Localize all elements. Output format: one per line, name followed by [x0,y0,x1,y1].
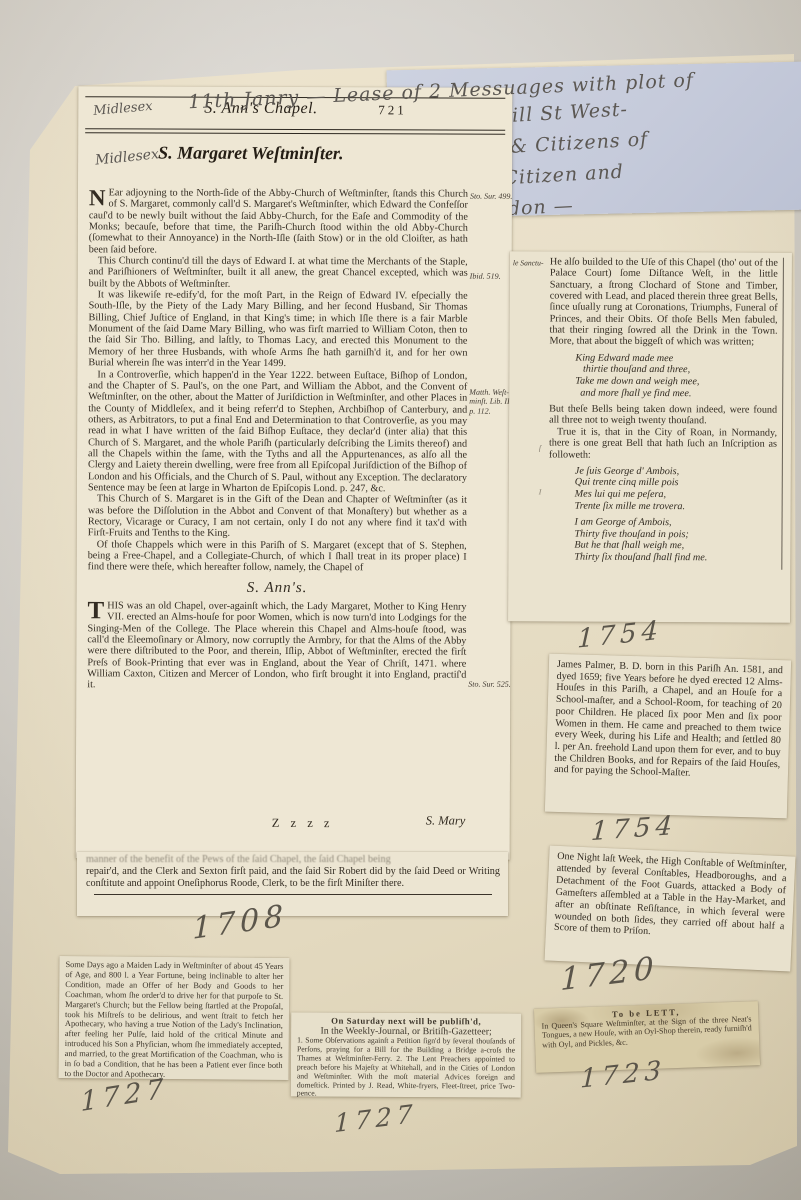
main-page-clipping: Midlesex S. Ann's Chapel. 721 Midlesex S… [76,86,513,860]
gamesters-clipping: One Night laſt Week, the High Conſtable … [545,845,796,971]
county-annotation: Midlesex [93,99,153,119]
paragraph-5: This Church of S. Margaret is in the Gif… [88,494,467,541]
margin-fragment-2: ſ [539,443,541,452]
main-text-column: NEar adjoyning to the North-ſide of the … [87,187,468,692]
maiden-lady-clipping: Some Days ago a Maiden Lady in Weſtminſt… [58,956,289,1080]
pews-partial-line: manner of the benefit of the Pews of the… [86,854,500,866]
dropcap-t: T [87,600,107,620]
signature-mark: Z z z z [272,816,334,831]
margin-note-4: Sto. Sur. 525. [468,680,514,689]
paragraph-6: Of thoſe Chappels which were in this Par… [88,539,467,574]
bells-clipping: le Sanctu- ſ I He alſo builded to the Uſ… [508,251,792,622]
journal-clipping: On Saturday next will be publiſh'd, In t… [291,1012,521,1097]
bell-verse-english: I am George of Ambois, Thirty five thouſ… [574,517,776,564]
header-rule-bottom-thin [85,132,505,134]
margin-fragment-3: I [539,487,542,496]
margin-note-2: Ibid. 519. [470,272,516,281]
margin-fragment-sanctuary: le Sanctu- [513,258,549,267]
hand-year-1754-second: 1754 [590,811,678,847]
section-title: S. Margaret Weſtminſter. [158,143,343,165]
paragraph-7: THIS was an old Chapel, over-againſt whi… [87,600,466,692]
paragraph-4: In a Controverſie, which happen'd in the… [88,369,467,495]
pews-end-rule [94,894,491,895]
palmer-clipping: James Palmer, B. D. born in this Pariſh … [545,654,791,819]
bells-text-column: He alſo builded to the Uſe of this Chape… [548,256,784,569]
bells-paragraph-3: True it is, that in the City of Roan, in… [549,426,777,461]
tolett-body: In Queen's Square Weſtminſter, at the Si… [541,1014,752,1050]
bell-verse-old-english: King Edward made mee thirtie thouſand an… [575,352,777,399]
header-rule-bottom [85,128,505,130]
pews-clipping: manner of the benefit of the Pews of the… [77,852,508,916]
paragraph-1: NEar adjoyning to the North-ſide of the … [89,187,468,256]
journal-body: 1. Some Obſervations againſt a Petition … [297,1036,515,1099]
bells-paragraph-2: But theſe Bells being taken down indeed,… [549,404,777,428]
dropcap-n: N [89,187,109,207]
scanned-scrapbook-page: in Tuthill St West- mayor & Citizens of … [0,0,801,1200]
bells-paragraph-1: He alſo builded to the Uſe of this Chape… [549,256,777,348]
margin-note-1: Sto. Sur. 499. [470,192,516,201]
bell-verse-french: Je ſuis George d' Ambois, Qui trente cin… [575,465,777,512]
paragraph-3: It was likewiſe re-edify'd, for the moſt… [88,289,467,370]
paragraph-2: This Church continu'd till the days of E… [89,255,468,290]
catchword-next-title: S. Mary [426,813,466,828]
subheading-s-anns: S. Ann's. [88,582,467,595]
pews-body: repair'd, and the Clerk and Sexton firſt… [86,866,500,890]
county-annotation-2: Midlesex [94,146,159,168]
